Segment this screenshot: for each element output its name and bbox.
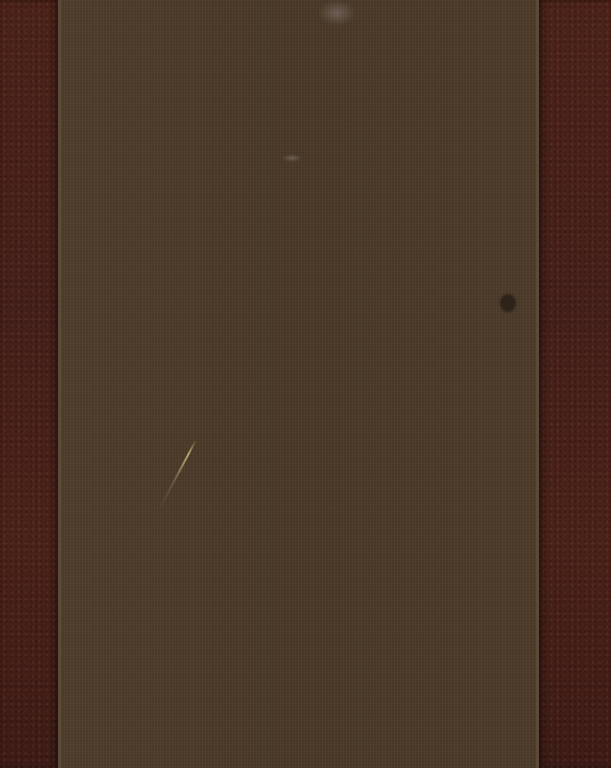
book-cover (0, 0, 611, 768)
leather-fore-edge-strip-right (539, 0, 611, 768)
cloth-board (58, 0, 539, 768)
wear-mark-middle (282, 154, 302, 162)
wear-mark-top (318, 0, 356, 26)
stain-spot (500, 294, 516, 312)
leather-spine-strip-left (0, 0, 58, 768)
